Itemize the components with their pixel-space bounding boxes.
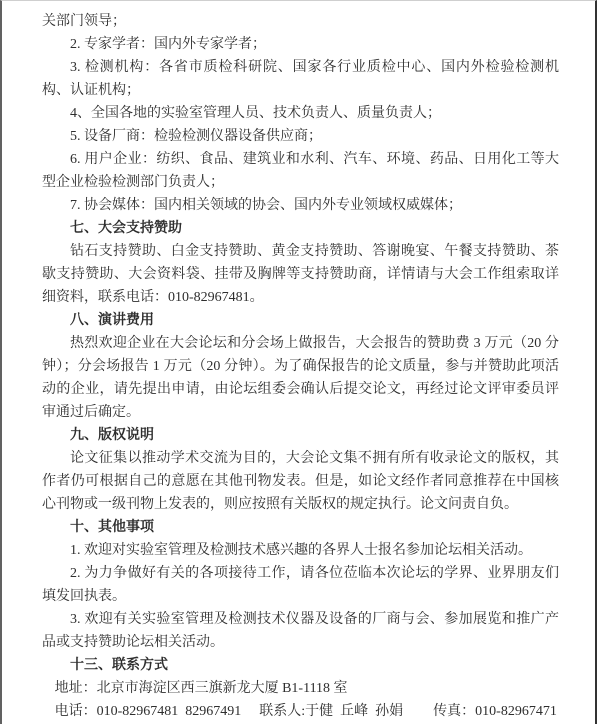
list-item-testing-orgs: 3. 检测机构：各省市质检科研院、国家各行业质检中心、国内外检验检测机构、认证机… [42, 56, 559, 102]
address-line: 地址：北京市海淀区西三旗新龙大厦 B1-1118 室 [42, 677, 559, 700]
document-page: 关部门领导； 2. 专家学者：国内外专家学者； 3. 检测机构：各省市质检科研院… [0, 0, 597, 724]
contact-row: 电话：010-82967481 82967491联系人:于健 丘峰 孙娟传真：0… [42, 700, 559, 723]
contact-persons: 联系人:于健 丘峰 孙娟 [259, 704, 403, 719]
paragraph-sponsorship-details: 钻石支持赞助、白金支持赞助、黄金支持赞助、答谢晚宴、午餐支持赞助、茶歇支持赞助、… [42, 240, 559, 309]
section-heading-other-matters: 十、其他事项 [42, 516, 559, 539]
list-item-other-2: 2. 为力争做好有关的各项接待工作，请各位莅临本次论坛的学界、业界朋友们填发回执… [42, 562, 559, 608]
section-heading-sponsorship: 七、大会支持赞助 [42, 217, 559, 240]
list-item-association-media: 7. 协会媒体：国内相关领域的协会、国内外专业领域权威媒体； [42, 194, 559, 217]
list-item-user-enterprises: 6. 用户企业：纺织、食品、建筑业和水利、汽车、环境、药品、日用化工等大型企业检… [42, 148, 559, 194]
list-item-lab-managers: 4、全国各地的实验室管理人员、技术负责人、质量负责人； [42, 102, 559, 125]
section-heading-contact: 十三、联系方式 [42, 654, 559, 677]
list-item-other-1: 1. 欢迎对实验室管理及检测技术感兴趣的各界人士报名参加论坛相关活动。 [42, 539, 559, 562]
list-item-other-3: 3. 欢迎有关实验室管理及检测技术仪器及设备的厂商与会、参加展览和推广产品或支持… [42, 608, 559, 654]
list-item-experts: 2. 专家学者：国内外专家学者； [42, 33, 559, 56]
paragraph-speech-fee-details: 热烈欢迎企业在大会论坛和分会场上做报告，大会报告的赞助费 3 万元（20 分钟）… [42, 332, 559, 424]
list-item-equipment-vendors: 5. 设备厂商：检验检测仪器设备供应商； [42, 125, 559, 148]
phone-numbers: 电话：010-82967481 82967491 [55, 704, 242, 719]
fax-number: 传真：010-82967471 [433, 704, 557, 719]
paragraph-continuation-leaders: 关部门领导； [42, 10, 559, 33]
paragraph-copyright-details: 论文征集以推动学术交流为目的，大会论文集不拥有所有收录论文的版权，其作者仍可根据… [42, 447, 559, 516]
section-heading-speech-fee: 八、演讲费用 [42, 309, 559, 332]
section-heading-copyright: 九、版权说明 [42, 424, 559, 447]
